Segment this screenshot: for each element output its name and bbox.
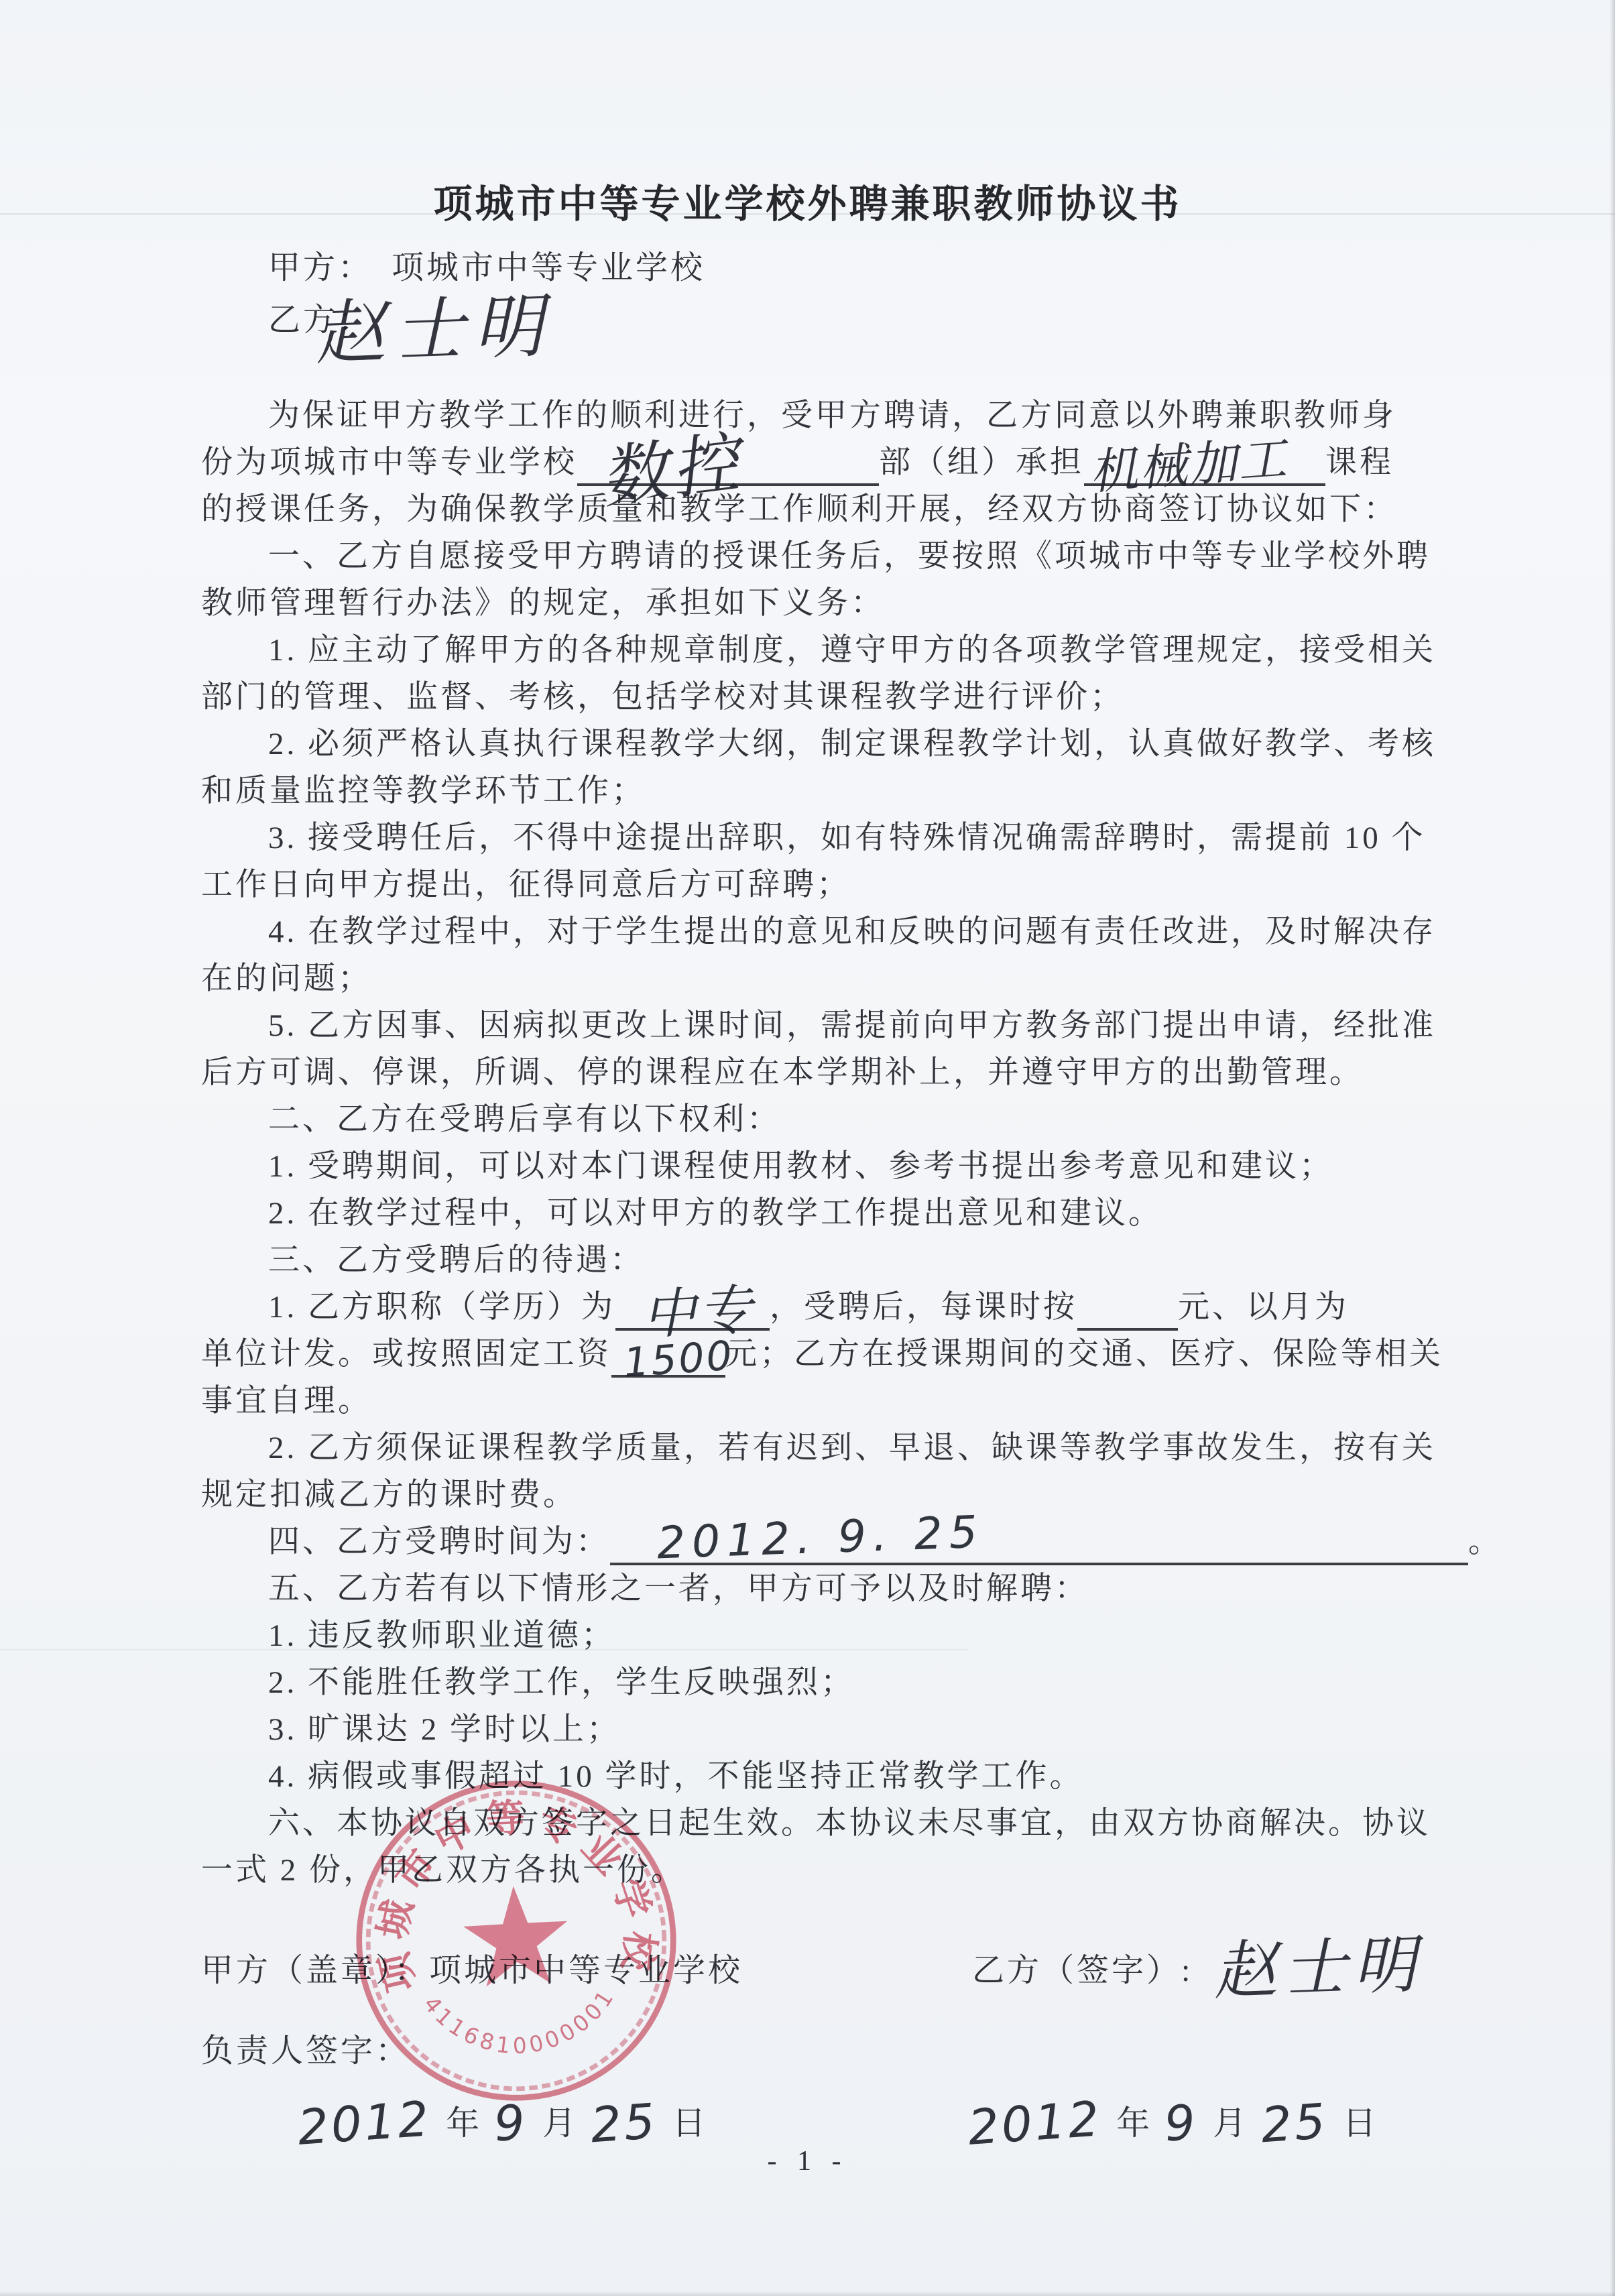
section1-item-line: 4. 在教学过程中，对于学生提出的意见和反映的问题有责任改进，及时解决存	[201, 908, 1448, 955]
party-a-date-day-handwriting: 25	[589, 2093, 659, 2154]
section3-item1-line1: 1. 乙方职称（学历）为中专，受聘后，每课时按元、以月为	[201, 1284, 1448, 1331]
employment-date-blank: 2012. 9. 25	[610, 1524, 1468, 1565]
scanned-agreement-page: 项城市中等专业学校外聘兼职教师协议书 甲方：项城市中等专业学校 乙方： 赵士明 …	[0, 0, 1615, 2296]
year-unit: 年	[1116, 2096, 1150, 2144]
section1-item-line: 后方可调、停课，所调、停的课程应在本学期补上，并遵守甲方的出勤管理。	[201, 1049, 1448, 1096]
section5-item-line: 2. 不能胜任教学工作，学生反映强烈；	[201, 1659, 1448, 1706]
employment-date-prefix: 四、乙方受聘时间为：	[268, 1524, 610, 1559]
section3-item2-line1: 2. 乙方须保证课程教学质量，若有迟到、早退、缺课等教学事故发生，按有关	[201, 1425, 1448, 1471]
degree-handwriting: 中专	[641, 1286, 756, 1339]
fixed-salary-handwriting: 1500	[622, 1332, 735, 1386]
section2-item-line: 1. 受聘期间，可以对本门课程使用教材、参考书提出参考意见和建议；	[201, 1143, 1448, 1190]
salary-prefix: 单位计发。或按照固定工资	[201, 1337, 611, 1372]
agreement-body: 为保证甲方教学工作的顺利进行，受甲方聘请，乙方同意以外聘兼职教师身 份为项城市中…	[201, 392, 1448, 1894]
section3-item1-line2: 单位计发。或按照固定工资1500元；乙方在授课期间的交通、医疗、保险等相关	[201, 1331, 1448, 1378]
section1-item-line: 和质量监控等教学环节工作；	[201, 768, 1448, 814]
intro-line-3: 的授课任务，为确保教学质量和教学工作顺利开展，经双方协商签订协议如下：	[201, 486, 1448, 533]
degree-prefix: 1. 乙方职称（学历）为	[268, 1290, 615, 1325]
section5-head: 五、乙方若有以下情形之一者，甲方可予以及时解聘：	[201, 1565, 1448, 1612]
department-blank: 数控	[577, 444, 879, 486]
intro-line2-prefix: 份为项城市中等专业学校	[201, 445, 577, 480]
section1-head-2: 教师管理暂行办法》的规定，承担如下义务：	[201, 580, 1448, 627]
hourly-rate-blank	[1077, 1289, 1178, 1331]
section1-item-line: 5. 乙方因事、因病拟更改上课时间，需提前向甲方教务部门提出申请，经批准	[201, 1002, 1448, 1049]
salary-suffix: 元；乙方在授课期间的交通、医疗、保险等相关	[725, 1337, 1443, 1372]
svg-text:4116810000001: 4116810000001	[418, 1982, 623, 2064]
intro-line2-suffix: 课程	[1325, 445, 1394, 480]
page-number: - 1 -	[0, 2145, 1615, 2177]
day-unit: 日	[1343, 2096, 1376, 2144]
section2-item-line: 2. 在教学过程中，可以对甲方的教学工作提出意见和建议。	[201, 1190, 1448, 1237]
degree-blank: 中专	[615, 1289, 770, 1331]
intro-line-2: 份为项城市中等专业学校数控部（组）承担机械加工课程	[201, 439, 1448, 486]
section4-line: 四、乙方受聘时间为：2012. 9. 25。	[201, 1518, 1448, 1565]
party-b-signature-bottom-handwriting: 赵士明	[1212, 1914, 1425, 2012]
department-handwriting: 数控	[599, 438, 745, 502]
star-icon	[461, 1883, 571, 1988]
employment-date-handwriting: 2012. 9. 25	[656, 1509, 985, 1567]
official-seal-stamp: 项城市中等专业学校 4116810000001	[347, 1772, 685, 2110]
course-blank: 机械加工	[1084, 444, 1325, 486]
party-b-sign-label: 乙方（签字）:	[972, 1944, 1193, 1990]
seal-serial-number: 4116810000001	[418, 1982, 623, 2064]
hourly-rate-mid: ，受聘后，每课时按	[770, 1290, 1077, 1325]
section1-item-line: 3. 接受聘任后，不得中途提出辞职，如有特殊情况确需辞聘时，需提前 10 个	[201, 814, 1448, 861]
section1-item-line: 2. 必须严格认真执行课程教学大纲，制定课程教学计划，认真做好教学、考核	[201, 721, 1448, 768]
month-unit: 月	[1213, 2096, 1246, 2144]
section1-item-line: 工作日向甲方提出，征得同意后方可辞聘；	[201, 861, 1448, 908]
section1-item-line: 在的问题；	[201, 955, 1448, 1002]
section1-item-line: 1. 应主动了解甲方的各种规章制度，遵守甲方的各项教学管理规定，接受相关	[201, 627, 1448, 674]
fixed-salary-blank: 1500	[611, 1336, 725, 1378]
intro-line2-mid: 部（组）承担	[879, 445, 1084, 480]
section3-head: 三、乙方受聘后的待遇：	[201, 1237, 1448, 1284]
section1-item-line: 部门的管理、监督、考核，包括学校对其课程教学进行评价；	[201, 674, 1448, 721]
page-title: 项城市中等专业学校外聘兼职教师协议书	[0, 172, 1615, 229]
party-b-date-day-handwriting: 25	[1259, 2093, 1329, 2154]
hourly-rate-suffix: 元、以月为	[1178, 1290, 1349, 1325]
section3-item1-line3: 事宜自理。	[201, 1378, 1448, 1425]
section5-item-line: 3. 旷课达 2 学时以上；	[201, 1706, 1448, 1753]
party-b-date-month-handwriting: 9	[1162, 2094, 1200, 2152]
course-handwriting: 机械加工	[1088, 435, 1289, 495]
month-unit: 月	[542, 2096, 576, 2144]
scan-right-shadow	[1610, 0, 1615, 2296]
day-unit: 日	[672, 2096, 706, 2144]
section1-head-1: 一、乙方自愿接受甲方聘请的授课任务后，要按照《项城市中等专业学校外聘	[201, 533, 1448, 580]
section2-head: 二、乙方在受聘后享有以下权利：	[201, 1096, 1448, 1143]
party-b-signature-handwriting: 赵士明	[313, 269, 554, 378]
section5-item-line: 1. 违反教师职业道德；	[201, 1612, 1448, 1659]
employment-date-suffix: 。	[1468, 1524, 1502, 1559]
scan-bottom-shadow	[0, 2291, 1615, 2296]
